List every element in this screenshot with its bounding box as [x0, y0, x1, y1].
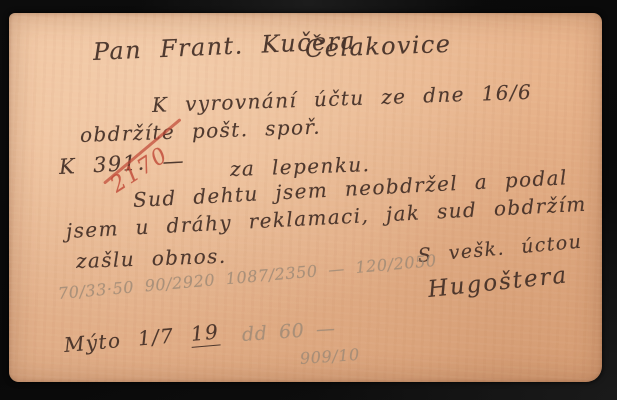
photo-of-postcard: Pan Frant. Kučera Čelakovice K vyrovnání…: [0, 0, 617, 400]
recipient-place: Čelakovice: [305, 30, 452, 63]
dateline-year: 19: [190, 319, 220, 347]
